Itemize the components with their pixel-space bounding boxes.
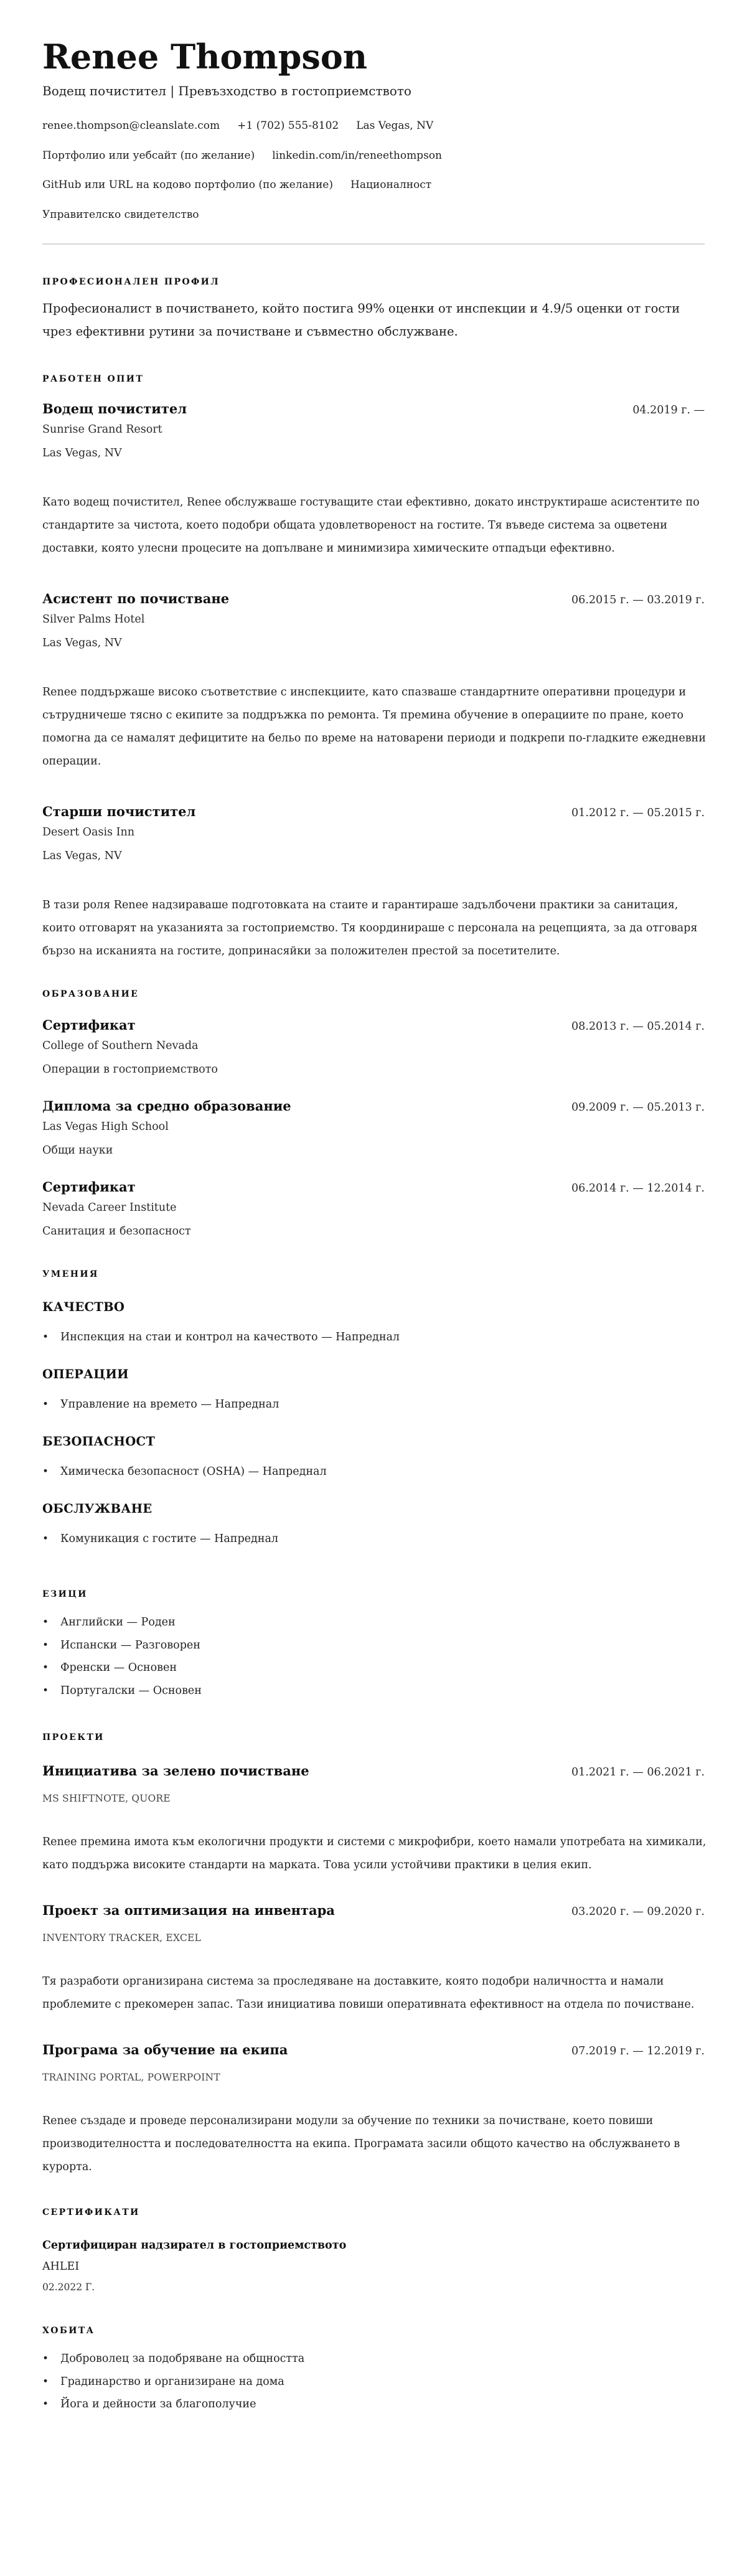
experience-section: Работен опит Водещ почистител04.2019 г. … bbox=[42, 373, 705, 963]
company-name: Sunrise Grand Resort bbox=[42, 421, 705, 438]
skill-group: БЕЗОПАСНОСТХимическа безопасност (OSHA) … bbox=[42, 1434, 705, 1480]
school-name: Las Vegas High School bbox=[42, 1119, 705, 1135]
entry-header: Проект за оптимизация на инвентара03.202… bbox=[42, 1902, 705, 1920]
email-link[interactable]: renee.thompson@cleanslate.com bbox=[42, 120, 220, 132]
project-entry: Инициатива за зелено почистване01.2021 г… bbox=[42, 1762, 705, 1877]
entry-header: Сертификат06.2014 г. — 12.2014 г. bbox=[42, 1178, 705, 1197]
language-item: Португалски — Основен bbox=[42, 1683, 705, 1706]
contact-row: Управителско свидетелство bbox=[42, 207, 705, 237]
project-tech: TRAINING PORTAL, POWERPOINT bbox=[42, 2070, 705, 2085]
entry-header: Диплома за средно образование09.2009 г. … bbox=[42, 1098, 705, 1116]
skill-group: ОБСЛУЖВАНЕКомуникация с гостите — Напред… bbox=[42, 1501, 705, 1547]
certifications-section: Сертификати Сертифициран надзирател в го… bbox=[42, 2206, 705, 2295]
job-dates: 01.2012 г. — 05.2015 г. bbox=[571, 804, 705, 822]
entry-header: Водещ почистител04.2019 г. — bbox=[42, 400, 705, 419]
skill-group: КАЧЕСТВОИнспекция на стаи и контрол на к… bbox=[42, 1299, 705, 1345]
project-dates: 03.2020 г. — 09.2020 г. bbox=[571, 1903, 705, 1920]
project-tech: MS SHIFTNOTE, QUORE bbox=[42, 1791, 705, 1806]
certification-name: Сертифициран надзирател в гостоприемство… bbox=[42, 2237, 705, 2254]
skill-item: Инспекция на стаи и контрол на качествот… bbox=[42, 1329, 705, 1345]
certification-entry: Сертифициран надзирател в гостоприемство… bbox=[42, 2237, 705, 2295]
languages-list: Английски — РоденИспански — РазговоренФр… bbox=[42, 1614, 705, 1705]
candidate-name: Renee Thompson bbox=[42, 35, 705, 78]
section-title-experience: Работен опит bbox=[42, 373, 705, 385]
education-entry: Сертификат06.2014 г. — 12.2014 г.Nevada … bbox=[42, 1178, 705, 1239]
entry-header: Асистент по почистване06.2015 г. — 03.20… bbox=[42, 590, 705, 609]
education-entry: Сертификат08.2013 г. — 05.2014 г.College… bbox=[42, 1017, 705, 1078]
project-tech: INVENTORY TRACKER, EXCEL bbox=[42, 1930, 705, 1945]
language-item: Английски — Роден bbox=[42, 1614, 705, 1637]
job-dates: 04.2019 г. — bbox=[632, 402, 705, 419]
phone-number[interactable]: +1 (702) 555-8102 bbox=[237, 120, 339, 132]
education-dates: 09.2009 г. — 05.2013 г. bbox=[571, 1099, 705, 1116]
company-name: Desert Oasis Inn bbox=[42, 824, 705, 840]
contact-row: GitHub или URL на кодово портфолио (по ж… bbox=[42, 177, 705, 207]
entry-header: Старши почистител01.2012 г. — 05.2015 г. bbox=[42, 803, 705, 822]
education-entry: Диплома за средно образование09.2009 г. … bbox=[42, 1098, 705, 1159]
certification-date: 02.2022 Г. bbox=[42, 2280, 705, 2295]
project-name: Програма за обучение на екипа bbox=[42, 2041, 288, 2059]
project-description: Renee създаде и проведе персонализирани … bbox=[42, 2110, 715, 2179]
skill-list: Комуникация с гостите — Напреднал bbox=[42, 1531, 705, 1547]
section-title-skills: Умения bbox=[42, 1268, 705, 1281]
job-location: Las Vegas, NV bbox=[42, 635, 705, 651]
profile-section: Професионален профил Професионалист в по… bbox=[42, 276, 705, 343]
experience-entry: Старши почистител01.2012 г. — 05.2015 г.… bbox=[42, 803, 705, 963]
resume-header: Renee Thompson Водещ почистител | Превъз… bbox=[42, 35, 705, 245]
drivers-license: Управителско свидетелство bbox=[42, 209, 199, 221]
entry-header: Програма за обучение на екипа07.2019 г. … bbox=[42, 2041, 705, 2060]
project-dates: 07.2019 г. — 12.2019 г. bbox=[571, 2042, 705, 2060]
degree-title: Диплома за средно образование bbox=[42, 1098, 291, 1115]
section-title-education: Образование bbox=[42, 988, 705, 1000]
experience-entry: Асистент по почистване06.2015 г. — 03.20… bbox=[42, 590, 705, 773]
project-entry: Програма за обучение на екипа07.2019 г. … bbox=[42, 2041, 705, 2179]
section-title-projects: Проекти bbox=[42, 1731, 705, 1744]
skill-group: ОПЕРАЦИИУправление на времето — Напредна… bbox=[42, 1366, 705, 1413]
skill-list: Управление на времето — Напреднал bbox=[42, 1396, 705, 1413]
contact-row: Портфолио или уебсайт (по желание)linked… bbox=[42, 148, 705, 178]
degree-title: Сертификат bbox=[42, 1178, 136, 1196]
skill-item: Химическа безопасност (OSHA) — Напреднал bbox=[42, 1464, 705, 1480]
section-title-hobbies: Хобита bbox=[42, 2325, 705, 2337]
field-of-study: Общи науки bbox=[42, 1142, 705, 1159]
project-name: Проект за оптимизация на инвентара bbox=[42, 1902, 335, 1919]
skill-list: Инспекция на стаи и контрол на качествот… bbox=[42, 1329, 705, 1345]
job-description: В тази роля Renee надзираваше подготовка… bbox=[42, 894, 708, 963]
location: Las Vegas, NV bbox=[356, 120, 433, 132]
education-section: Образование Сертификат08.2013 г. — 05.20… bbox=[42, 988, 705, 1239]
hobbies-list: Доброволец за подобряване на общносттаГр… bbox=[42, 2351, 705, 2419]
linkedin-link[interactable]: linkedin.com/in/reneethompson bbox=[272, 149, 442, 162]
degree-title: Сертификат bbox=[42, 1017, 136, 1034]
job-title: Асистент по почистване bbox=[42, 590, 229, 608]
skill-item: Управление на времето — Напреднал bbox=[42, 1396, 705, 1413]
skills-section: Умения КАЧЕСТВОИнспекция на стаи и контр… bbox=[42, 1268, 705, 1547]
skill-group-title: КАЧЕСТВО bbox=[42, 1299, 705, 1315]
project-entry: Проект за оптимизация на инвентара03.202… bbox=[42, 1902, 705, 2016]
skill-group-title: ОПЕРАЦИИ bbox=[42, 1366, 705, 1383]
job-title: Водещ почистител bbox=[42, 400, 187, 418]
job-title: Старши почистител bbox=[42, 803, 195, 820]
section-title-profile: Професионален профил bbox=[42, 276, 705, 288]
resume-page: Renee Thompson Водещ почистител | Превъз… bbox=[0, 0, 747, 2456]
skill-group-title: БЕЗОПАСНОСТ bbox=[42, 1434, 705, 1450]
entry-header: Инициатива за зелено почистване01.2021 г… bbox=[42, 1762, 705, 1781]
company-name: Silver Palms Hotel bbox=[42, 611, 705, 628]
education-dates: 08.2013 г. — 05.2014 г. bbox=[571, 1018, 705, 1035]
entry-header: Сертификат08.2013 г. — 05.2014 г. bbox=[42, 1017, 705, 1035]
education-dates: 06.2014 г. — 12.2014 г. bbox=[571, 1180, 705, 1197]
school-name: College of Southern Nevada bbox=[42, 1038, 705, 1054]
portfolio-link[interactable]: Портфолио или уебсайт (по желание) bbox=[42, 149, 255, 162]
field-of-study: Операции в гостоприемството bbox=[42, 1061, 705, 1078]
section-title-certifications: Сертификати bbox=[42, 2206, 705, 2219]
project-description: Тя разработи организирана система за про… bbox=[42, 1970, 715, 2016]
job-location: Las Vegas, NV bbox=[42, 848, 705, 864]
nationality: Националност bbox=[350, 179, 431, 191]
project-description: Renee премина имота към екологични проду… bbox=[42, 1831, 715, 1877]
language-item: Френски — Основен bbox=[42, 1660, 705, 1683]
job-dates: 06.2015 г. — 03.2019 г. bbox=[571, 591, 705, 609]
language-item: Испански — Разговорен bbox=[42, 1637, 705, 1660]
languages-section: Езици Английски — РоденИспански — Разгов… bbox=[42, 1588, 705, 1705]
header-divider bbox=[42, 243, 705, 245]
job-location: Las Vegas, NV bbox=[42, 445, 705, 461]
skill-group-title: ОБСЛУЖВАНЕ bbox=[42, 1501, 705, 1517]
certification-issuer: AHLEI bbox=[42, 2259, 705, 2275]
job-description: Renee поддържаше високо съответствие с и… bbox=[42, 681, 708, 773]
skill-list: Химическа безопасност (OSHA) — Напреднал bbox=[42, 1464, 705, 1480]
project-dates: 01.2021 г. — 06.2021 г. bbox=[571, 1764, 705, 1781]
hobby-item: Доброволец за подобряване на общността bbox=[42, 2351, 705, 2374]
hobby-item: Градинарство и организиране на дома bbox=[42, 2374, 705, 2397]
job-description: Като водещ почистител, Renee обслужваше … bbox=[42, 491, 708, 560]
section-title-languages: Езици bbox=[42, 1588, 705, 1601]
school-name: Nevada Career Institute bbox=[42, 1200, 705, 1216]
hobby-item: Йога и дейности за благополучие bbox=[42, 2396, 705, 2419]
candidate-tagline: Водещ почистител | Превъзходство в госто… bbox=[42, 82, 705, 100]
hobbies-section: Хобита Доброволец за подобряване на общн… bbox=[42, 2325, 705, 2419]
contact-row: renee.thompson@cleanslate.com+1 (702) 55… bbox=[42, 118, 705, 148]
project-name: Инициатива за зелено почистване bbox=[42, 1762, 309, 1780]
experience-entry: Водещ почистител04.2019 г. —Sunrise Gran… bbox=[42, 400, 705, 560]
field-of-study: Санитация и безопасност bbox=[42, 1223, 705, 1239]
profile-summary: Професионалист в почистването, който пос… bbox=[42, 297, 684, 343]
github-link[interactable]: GitHub или URL на кодово портфолио (по ж… bbox=[42, 179, 333, 191]
projects-section: Проекти Инициатива за зелено почистване0… bbox=[42, 1731, 705, 2179]
contact-info: renee.thompson@cleanslate.com+1 (702) 55… bbox=[42, 118, 705, 237]
skill-item: Комуникация с гостите — Напреднал bbox=[42, 1531, 705, 1547]
